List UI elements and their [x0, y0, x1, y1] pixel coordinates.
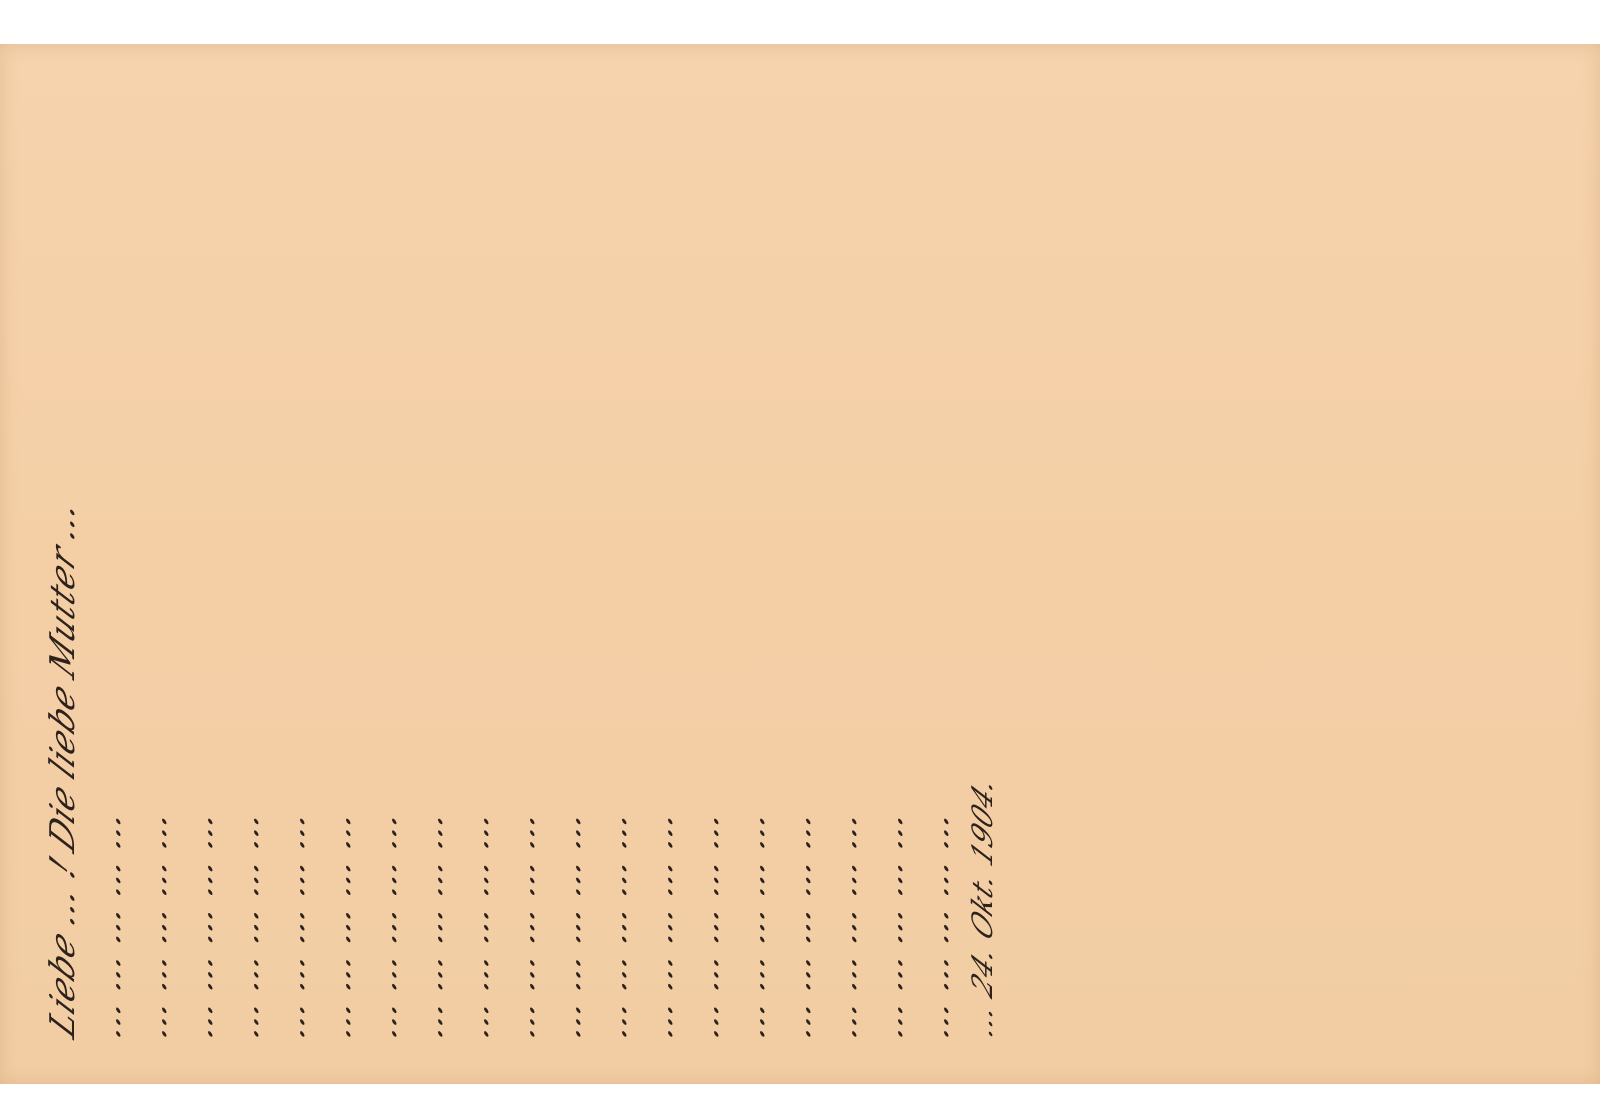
handwritten-text: Liebe ... ! Die liebe Mutter ... ... ...…	[0, 44, 1600, 1084]
text-line: ... ... ... ... ...	[822, 81, 868, 1048]
text-line: ... ... ... ... ...	[914, 81, 960, 1048]
text-line: ... ... ... ... ...	[132, 81, 178, 1048]
text-line: ... ... ... ... ...	[500, 81, 546, 1048]
text-line: ... ... ... ... ...	[684, 81, 730, 1048]
text-line: ... ... ... ... ...	[454, 81, 500, 1048]
text-line: ... ... ... ... ...	[730, 81, 776, 1048]
text-line: ... ... ... ... ...	[178, 81, 224, 1048]
text-line: ... ... ... ... ...	[868, 81, 914, 1048]
text-line: ... ... ... ... ...	[362, 81, 408, 1048]
text-line: ... ... ... ... ...	[776, 81, 822, 1048]
text-line: ... ... ... ... ...	[408, 81, 454, 1048]
text-line: Liebe ... ! Die liebe Mutter ...	[40, 81, 86, 1048]
text-line: ... ... ... ... ...	[546, 81, 592, 1048]
postcard: Liebe ... ! Die liebe Mutter ... ... ...…	[0, 44, 1600, 1084]
text-line: ... ... ... ... ...	[270, 81, 316, 1048]
text-line: ... ... ... ... ...	[316, 81, 362, 1048]
date-line: ... 24. Okt. 1904.	[960, 81, 1006, 1048]
text-line: ... ... ... ... ...	[592, 81, 638, 1048]
text-line: ... ... ... ... ...	[86, 81, 132, 1048]
text-line: ... ... ... ... ...	[224, 81, 270, 1048]
text-line: ... ... ... ... ...	[638, 81, 684, 1048]
